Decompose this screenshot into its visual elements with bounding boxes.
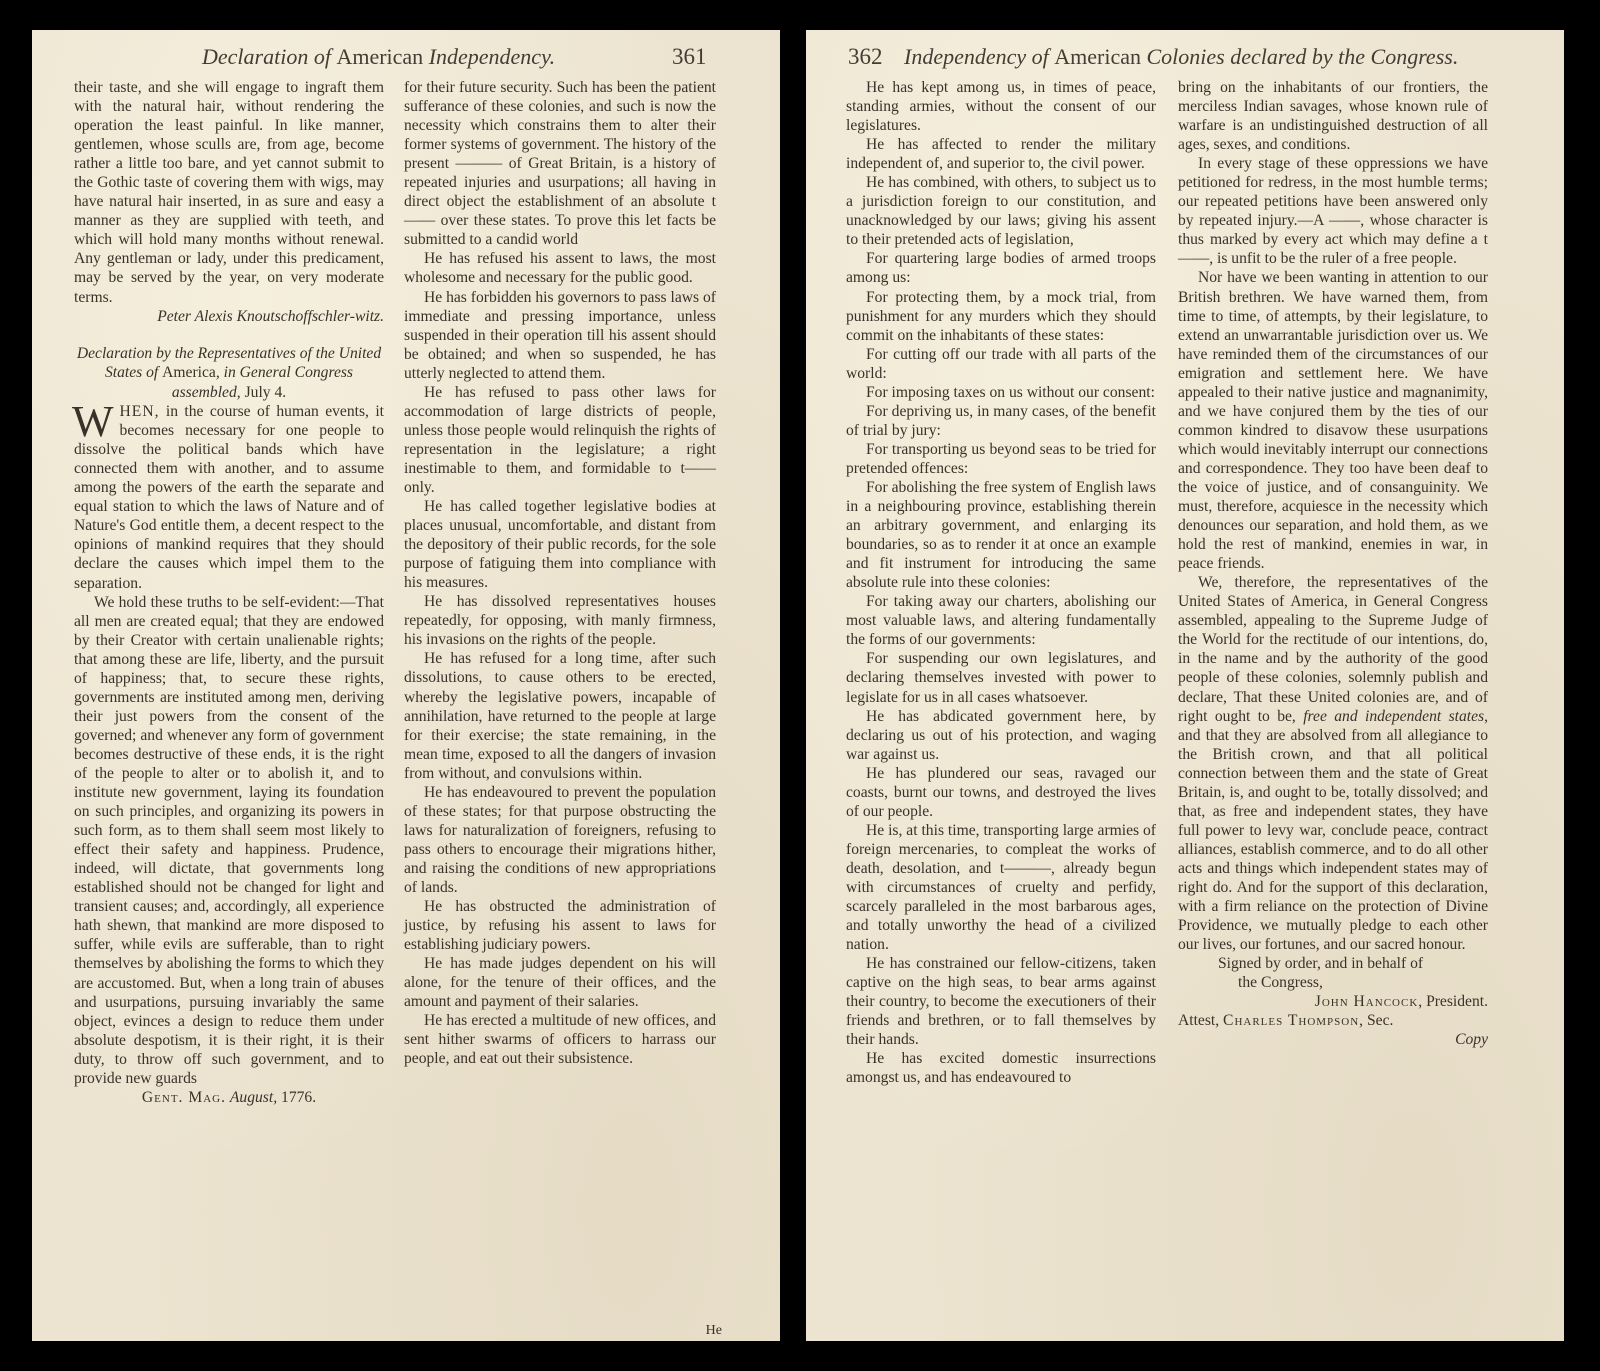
paragraph: He has obstructed the administration of … xyxy=(404,897,716,954)
paragraph: For quartering large bodies of armed tro… xyxy=(846,249,1156,287)
footer-year: 1776. xyxy=(281,1089,316,1106)
paragraph: He has dissolved representatives houses … xyxy=(404,592,716,649)
running-title: Independency of American Colonies declar… xyxy=(904,44,1458,70)
secretary-title: , Sec. xyxy=(1359,1012,1393,1029)
paragraph-text: , and that they are absolved from all al… xyxy=(1178,708,1488,954)
paragraph: He has refused for a long time, after su… xyxy=(404,649,716,782)
column-left-2: for their future security. Such has been… xyxy=(404,78,716,1068)
signer-title: , President. xyxy=(1418,993,1488,1010)
paragraph: For protecting them, by a mock trial, fr… xyxy=(846,288,1156,345)
paragraph: For taking away our charters, abolishing… xyxy=(846,592,1156,649)
paragraph: He has constrained our fellow-citizens, … xyxy=(846,954,1156,1049)
title-part: Colonies declared by the Congress. xyxy=(1147,44,1459,69)
hancock-signature: John Hancock, President. xyxy=(1178,992,1488,1011)
resolution-paragraph: We, therefore, the representatives of th… xyxy=(1178,573,1488,954)
paragraph: He has made judges dependent on his will… xyxy=(404,954,716,1011)
title-part: American xyxy=(336,44,428,69)
paragraph: In every stage of these oppressions we h… xyxy=(1178,154,1488,268)
title-part: Independency of xyxy=(904,44,1054,69)
title-part: of xyxy=(308,44,336,69)
signer-name: John Hancock xyxy=(1315,993,1419,1010)
column-right-1: He has kept among us, in times of peace,… xyxy=(846,78,1156,1087)
paragraph: He has erected a multitude of new office… xyxy=(404,1011,716,1068)
running-title: Declaration of American Independency. xyxy=(202,44,555,70)
catchword: Copy xyxy=(1178,1030,1488,1049)
preamble-paragraph: WHEN, in the course of human events, it … xyxy=(74,402,384,592)
paragraph: He has called together legislative bodie… xyxy=(404,497,716,592)
paragraph: bring on the inhabitants of our frontier… xyxy=(1178,78,1488,154)
paragraph: their taste, and she will engage to ingr… xyxy=(74,78,384,307)
paragraph: He has affected to render the military i… xyxy=(846,135,1156,173)
paragraph: He has refused to pass other laws for ac… xyxy=(404,383,716,497)
paragraph: For cutting off our trade with all parts… xyxy=(846,345,1156,383)
title-part: Independency. xyxy=(429,44,555,69)
signature-knoutschoffschlerwitz: Peter Alexis Knoutschoffschler-witz. xyxy=(74,307,384,326)
drop-cap: W xyxy=(72,404,114,440)
column-left-1: their taste, and she will engage to ingr… xyxy=(74,78,384,1107)
paragraph: He has endeavoured to prevent the popula… xyxy=(404,783,716,897)
footer-signature-line: Gent. Mag. August, 1776. xyxy=(74,1088,384,1107)
attest-line: Attest, Charles Thompson, Sec. xyxy=(1178,1011,1488,1030)
paragraph-text: in the course of human events, it become… xyxy=(74,403,384,591)
smallcaps-lead: HEN, xyxy=(120,403,160,420)
running-header: 362 Independency of American Colonies de… xyxy=(806,44,1564,78)
paragraph: He has combined, with others, to subject… xyxy=(846,173,1156,249)
footer-journal: Gent. Mag. xyxy=(142,1089,226,1106)
paragraph-text: We, therefore, the representatives of th… xyxy=(1178,574,1488,724)
paragraph: He has plundered our seas, ravaged our c… xyxy=(846,764,1156,821)
page-361: Declaration of American Independency. 36… xyxy=(32,30,780,1341)
paragraph: For transporting us beyond seas to be tr… xyxy=(846,440,1156,478)
paragraph: For suspending our own legislatures, and… xyxy=(846,649,1156,706)
paragraph: for their future security. Such has been… xyxy=(404,78,716,249)
page-362: 362 Independency of American Colonies de… xyxy=(806,30,1564,1341)
paragraph: He has refused his assent to laws, the m… xyxy=(404,249,716,287)
congress-line: the Congress, xyxy=(1178,973,1488,992)
attest-label: Attest, xyxy=(1178,1012,1223,1029)
paragraph: He has excited domestic insurrections am… xyxy=(846,1049,1156,1087)
signed-by-line: Signed by order, and in behalf of xyxy=(1178,954,1488,973)
secretary-name: Charles Thompson xyxy=(1223,1012,1359,1029)
title-part: American xyxy=(1054,44,1146,69)
page-number: 362 xyxy=(848,44,883,70)
paragraph: We hold these truths to be self-evident:… xyxy=(74,593,384,1088)
page-number: 361 xyxy=(672,44,707,70)
paragraph: He has forbidden his governors to pass l… xyxy=(404,288,716,383)
heading-date: July 4. xyxy=(245,384,287,401)
catchword: He xyxy=(706,1323,722,1339)
emphasis-free-states: free and independent states xyxy=(1303,708,1484,725)
paragraph: He has abdicated government here, by dec… xyxy=(846,707,1156,764)
column-right-2: bring on the inhabitants of our frontier… xyxy=(1178,78,1488,1049)
declaration-heading: Declaration by the Representatives of th… xyxy=(74,344,384,403)
title-part: Declaration xyxy=(202,44,308,69)
paragraph: He has kept among us, in times of peace,… xyxy=(846,78,1156,135)
heading-part: America xyxy=(162,364,216,381)
paragraph: For abolishing the free system of Englis… xyxy=(846,478,1156,592)
paragraph: For imposing taxes on us without our con… xyxy=(846,383,1156,402)
running-header: Declaration of American Independency. 36… xyxy=(32,44,780,78)
paragraph: Nor have we been wanting in attention to… xyxy=(1178,268,1488,573)
footer-month: August, xyxy=(230,1089,277,1106)
paragraph: For depriving us, in many cases, of the … xyxy=(846,402,1156,440)
paragraph: He is, at this time, transporting large … xyxy=(846,821,1156,954)
